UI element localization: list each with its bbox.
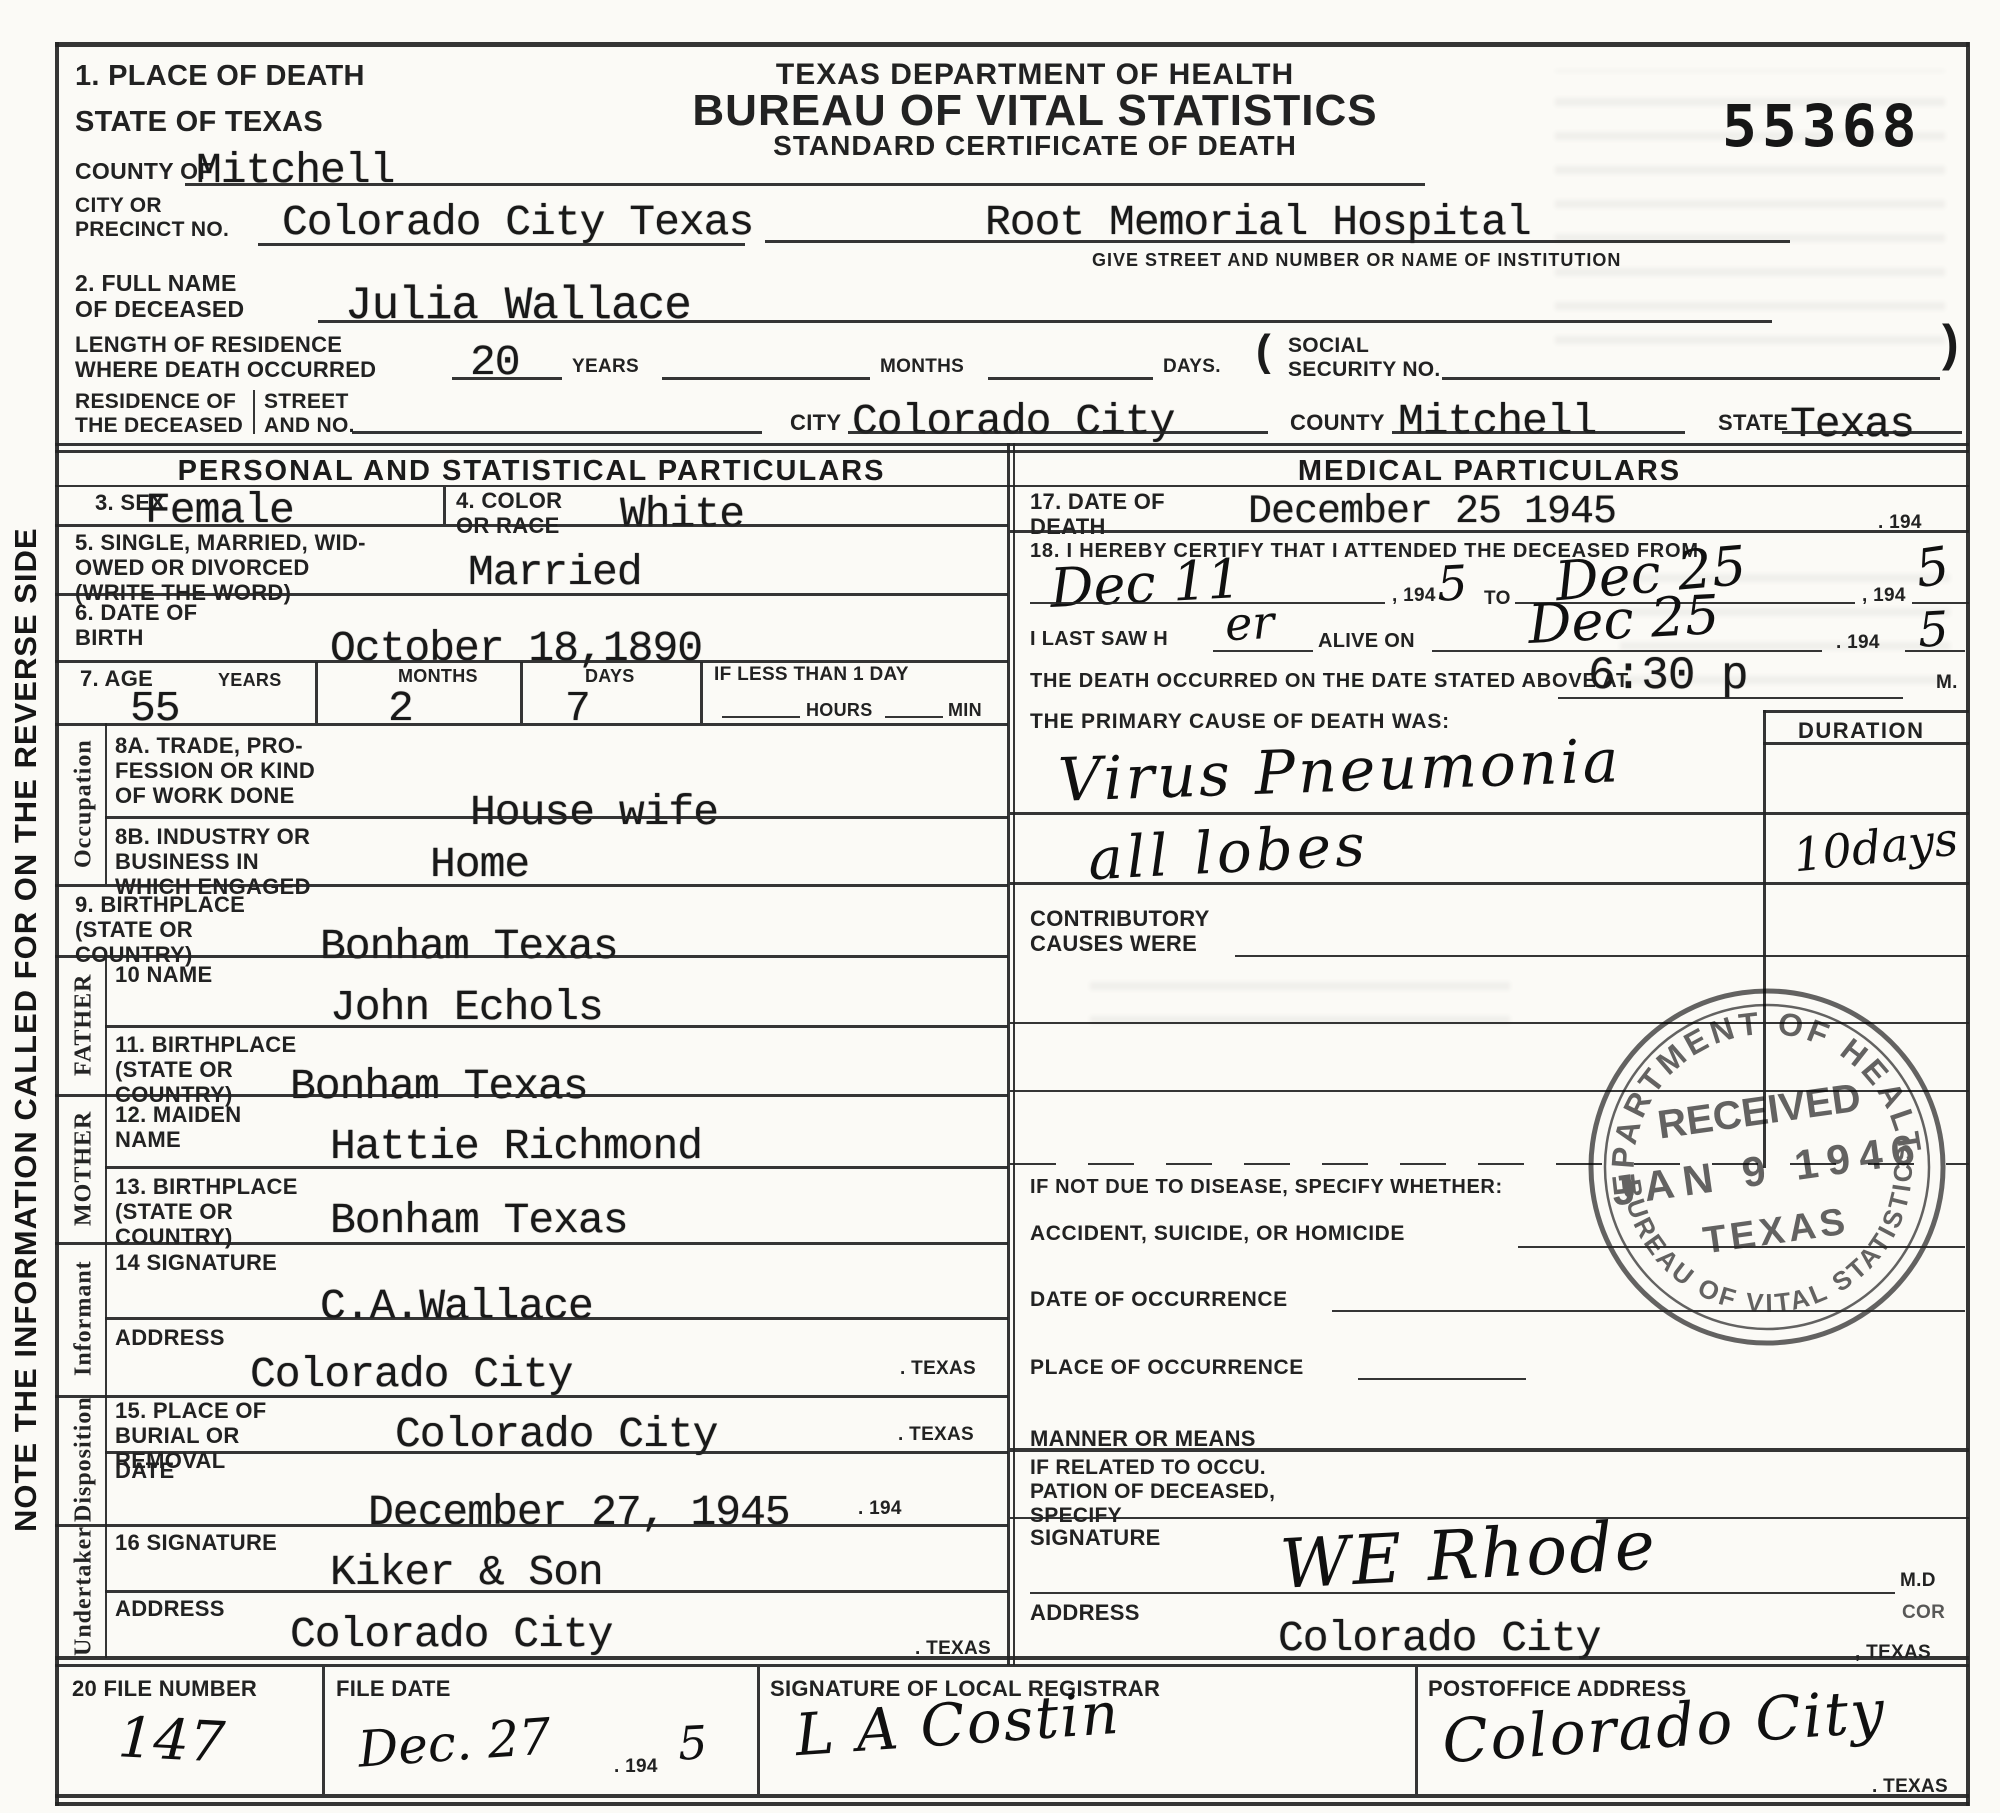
- informant-signature-value: C.A.Wallace: [320, 1282, 593, 1331]
- certificate-number: 55368: [1722, 92, 1922, 160]
- rule-line: [1332, 1310, 1965, 1312]
- margin-note: NOTE THE INFORMATION CALLED FOR ON THE R…: [2, 330, 50, 1730]
- rule-line: [662, 377, 870, 380]
- last-saw-her: er: [1224, 595, 1276, 652]
- rule-line: [1030, 602, 1385, 604]
- rule-line: [352, 431, 762, 434]
- rule-line: [1010, 1448, 1969, 1452]
- state-label: STATE: [1718, 410, 1788, 435]
- residence-of-label: RESIDENCE OF THE DECEASED: [75, 390, 243, 438]
- rule-line: [105, 816, 1008, 819]
- side-column-divider: [105, 723, 107, 884]
- cor-label: COR: [1902, 1602, 1945, 1624]
- rule-line: [722, 716, 800, 718]
- rule-line: [185, 183, 1425, 186]
- date-of-death-value: December 25 1945: [1248, 490, 1616, 535]
- days-label: DAYS.: [1163, 356, 1221, 378]
- rule-line: [258, 243, 745, 246]
- duration-box-top: [1763, 710, 1969, 713]
- years-label: YEARS: [572, 356, 639, 378]
- md-label: M.D: [1900, 1570, 1936, 1592]
- place-of-death-label: 1. PLACE OF DEATH: [75, 60, 365, 93]
- min-label: MIN: [948, 700, 982, 721]
- bleed-through-smudge: [1090, 960, 1510, 1050]
- physician-address-texas: , TEXAS: [1855, 1642, 1931, 1664]
- city-label: CITY: [790, 410, 841, 435]
- burial-place-texas: . TEXAS: [898, 1424, 974, 1446]
- birthplace-value: Bonham Texas: [320, 922, 618, 971]
- file-date-label: FILE DATE: [336, 1676, 451, 1701]
- divider: [520, 662, 523, 723]
- maiden-name-label: 12. MAIDEN NAME: [115, 1102, 241, 1152]
- rule-line: [55, 1094, 1008, 1097]
- county-value: Mitchell: [196, 146, 394, 195]
- father-name-label: 10 NAME: [115, 962, 212, 987]
- side-label-mother: MOTHER: [64, 1094, 104, 1242]
- rule-line: [318, 320, 1772, 323]
- contributory-label: CONTRIBUTORY CAUSES WERE: [1030, 906, 1210, 956]
- divider: [253, 390, 255, 434]
- divider: [315, 662, 318, 723]
- date-of-birth-label: 6. DATE OF BIRTH: [75, 600, 197, 650]
- section-separator: [55, 443, 1969, 446]
- paren-open: (: [1256, 326, 1271, 376]
- physician-signature-value: WE Rhode: [1278, 1506, 1658, 1605]
- file-number-label: 20 FILE NUMBER: [72, 1676, 257, 1701]
- personal-section-header: PERSONAL AND STATISTICAL PARTICULARS: [55, 455, 1008, 488]
- rule-line: [1518, 1246, 1965, 1248]
- side-label-disposition: Disposition: [64, 1395, 104, 1524]
- divider: [700, 662, 703, 723]
- death-time-value: 6:30 p: [1588, 650, 1748, 702]
- file-date-value: Dec. 27: [356, 1707, 553, 1778]
- physician-signature-label: SIGNATURE: [1030, 1525, 1161, 1550]
- rule-line: [55, 1524, 1008, 1527]
- mother-birthplace-value: Bonham Texas: [330, 1196, 628, 1245]
- rule-line: [1358, 1378, 1526, 1380]
- age-days-label: DAYS: [585, 666, 635, 687]
- side-label-undertaker: Undertaker: [64, 1524, 104, 1658]
- undertaker-address-value: Colorado City: [290, 1610, 612, 1659]
- rule-line: [1392, 431, 1685, 434]
- bottom-separator2: [55, 1664, 1969, 1667]
- rule-line: [1010, 812, 1969, 815]
- residence-county-value: Mitchell: [1398, 397, 1596, 446]
- to-label: TO: [1484, 588, 1511, 610]
- divider: [322, 1667, 325, 1794]
- trade-value: House wife: [470, 788, 718, 837]
- border-bottom2: [55, 1802, 1969, 1806]
- street-and-no-label: STREET AND NO.: [264, 390, 355, 438]
- rule-line: [55, 524, 1008, 527]
- color-race-value: White: [620, 490, 744, 539]
- divider: [1415, 1667, 1418, 1794]
- length-residence-label: LENGTH OF RESIDENCE WHERE DEATH OCCURRED: [75, 332, 376, 382]
- column-divider2: [1013, 443, 1015, 1665]
- residence-city-value: Colorado City: [852, 397, 1174, 446]
- sex-value: Female: [145, 486, 294, 535]
- duration-value: 10days: [1791, 812, 1961, 883]
- rule-line: [988, 377, 1153, 380]
- bottom-separator: [55, 1656, 1969, 1660]
- border-top: [55, 42, 1969, 47]
- side-column-divider: [105, 955, 107, 1658]
- last-saw-date-value: Dec 25: [1526, 583, 1720, 656]
- certificate-subtitle: STANDARD CERTIFICATE OF DEATH: [715, 130, 1355, 162]
- undertaker-signature-label: 16 SIGNATURE: [115, 1530, 277, 1555]
- border-left: [55, 42, 59, 1806]
- rule-line: [1782, 431, 1962, 434]
- duration-label: DURATION: [1798, 718, 1924, 743]
- months-label: MONTHS: [880, 356, 964, 378]
- deceased-name-value: Julia Wallace: [345, 280, 691, 332]
- rule-line: [105, 1590, 1008, 1593]
- paren-close: ): [1942, 314, 1959, 372]
- received-stamp: DEPARTMENT OF HEALTH BUREAU OF VITAL STA…: [1558, 958, 1976, 1376]
- rule-line: [452, 377, 562, 380]
- rule-line: [1010, 882, 1969, 885]
- father-birthplace-value: Bonham Texas: [290, 1062, 588, 1111]
- last-saw-label: I LAST SAW H: [1030, 628, 1168, 651]
- rule-line: [105, 1317, 1008, 1320]
- rule-line: [55, 955, 1008, 958]
- rule-line: [55, 723, 1008, 726]
- postoffice-texas-label: . TEXAS: [1872, 1776, 1948, 1798]
- county-label: COUNTY: [1290, 410, 1385, 435]
- informant-address-value: Colorado City: [250, 1350, 572, 1399]
- lastsaw-194: . 194: [1836, 632, 1880, 654]
- if-not-disease-label: IF NOT DUE TO DISEASE, SPECIFY WHETHER:: [1030, 1176, 1503, 1199]
- color-race-label: 4. COLOR OR RACE: [456, 488, 562, 538]
- rule-line: [1763, 742, 1969, 745]
- county-of-label: COUNTY OF: [75, 158, 213, 184]
- maiden-name-value: Hattie Richmond: [330, 1122, 702, 1171]
- residence-state-value: Texas: [1790, 400, 1914, 449]
- rule-line: [765, 240, 1790, 243]
- cause-of-death-line2: all lobes: [1086, 811, 1370, 894]
- from-194: , 194: [1392, 585, 1436, 607]
- rule-line: [1442, 377, 1940, 380]
- rule-line: [848, 431, 1268, 434]
- industry-value: Home: [430, 840, 529, 889]
- rule-line: [105, 1025, 1008, 1028]
- industry-label: 8B. INDUSTRY OR BUSINESS IN WHICH ENGAGE…: [115, 824, 311, 899]
- meridiem-label: M.: [1936, 672, 1958, 694]
- file-date-194: . 194: [614, 1756, 658, 1778]
- physician-address-label: ADDRESS: [1030, 1600, 1140, 1625]
- state-of-texas-label: STATE OF TEXAS: [75, 106, 323, 139]
- informant-address-texas: . TEXAS: [900, 1358, 976, 1380]
- full-name-label: 2. FULL NAME OF DECEASED: [75, 270, 244, 322]
- rule-line: [55, 593, 1008, 596]
- informant-address-label: ADDRESS: [115, 1325, 225, 1350]
- burial-date-194: . 194: [858, 1498, 902, 1520]
- side-label-informant: Informant: [64, 1242, 104, 1395]
- divider: [757, 1667, 760, 1794]
- rule-line: [1213, 650, 1313, 652]
- date-of-birth-value: October 18,1890: [330, 624, 702, 673]
- marital-value: Married: [468, 548, 642, 597]
- death-occurred-label: THE DEATH OCCURRED ON THE DATE STATED AB…: [1030, 670, 1633, 693]
- border-right: [1966, 42, 1970, 1806]
- if-less-than-day-label: IF LESS THAN 1 DAY: [714, 664, 909, 686]
- stamp-texas-text: TEXAS: [1700, 1200, 1851, 1262]
- section-separator: [55, 450, 1969, 453]
- from-year5: 5: [1436, 555, 1469, 613]
- burial-date-label: DATE: [115, 1458, 174, 1483]
- place-of-occurrence-label: PLACE OF OCCURRENCE: [1030, 1356, 1304, 1380]
- to-194: , 194: [1862, 585, 1906, 607]
- death-certificate-scan: NOTE THE INFORMATION CALLED FOR ON THE R…: [0, 0, 2000, 1813]
- undertaker-address-label: ADDRESS: [115, 1596, 225, 1621]
- rule-line: [105, 1166, 1008, 1169]
- trade-label: 8A. TRADE, PRO- FESSION OR KIND OF WORK …: [115, 733, 315, 808]
- border-bottom: [55, 1794, 1969, 1798]
- column-divider: [1007, 443, 1010, 1665]
- informant-signature-label: 14 SIGNATURE: [115, 1250, 277, 1275]
- rule-line: [1558, 697, 1903, 699]
- alive-on-label: ALIVE ON: [1318, 630, 1415, 653]
- stamp-date-text: JAN 9 1946: [1609, 1124, 1927, 1214]
- social-security-label: SOCIAL SECURITY NO.: [1288, 334, 1441, 382]
- burial-date-value: December 27, 1945: [368, 1488, 790, 1537]
- hours-label: HOURS: [806, 700, 873, 721]
- city-precinct-label: CITY OR PRECINCT NO.: [75, 194, 229, 242]
- institution-hint-label: GIVE STREET AND NUMBER OR NAME OF INSTIT…: [1092, 250, 1621, 271]
- rule-line: [1030, 1592, 1895, 1594]
- rule-line: [885, 716, 943, 718]
- attended-from-value: Dec 11: [1048, 547, 1242, 620]
- rule-line: [1010, 530, 1969, 533]
- rule-line: [55, 884, 1008, 887]
- to-year5: 5: [1912, 536, 1953, 600]
- mother-birthplace-label: 13. BIRTHPLACE (STATE OR COUNTRY): [115, 1174, 298, 1249]
- side-label-occupation: Occupation: [64, 723, 104, 884]
- rule-line: [1905, 650, 1965, 652]
- file-date-year5: 5: [677, 1715, 709, 1770]
- age-years-label: YEARS: [218, 670, 282, 691]
- bureau-header: BUREAU OF VITAL STATISTICS: [680, 86, 1390, 136]
- medical-section-header: MEDICAL PARTICULARS: [1010, 455, 1969, 488]
- rule-line: [1235, 955, 1969, 957]
- rule-line: [55, 660, 1008, 663]
- city-value: Colorado City Texas: [282, 198, 753, 247]
- rule-line: [55, 1242, 1008, 1245]
- rule-line: [105, 1451, 1008, 1454]
- file-number-value: 147: [116, 1705, 226, 1776]
- primary-cause-label: THE PRIMARY CAUSE OF DEATH WAS:: [1030, 710, 1450, 734]
- accident-label: ACCIDENT, SUICIDE, OR HOMICIDE: [1030, 1222, 1405, 1246]
- cause-of-death-line1: Virus Pneumonia: [1057, 726, 1623, 816]
- date-of-occurrence-label: DATE OF OCCURRENCE: [1030, 1288, 1288, 1312]
- divider: [443, 487, 446, 524]
- side-label-father: FATHER: [64, 955, 104, 1094]
- rule-line: [55, 485, 1969, 487]
